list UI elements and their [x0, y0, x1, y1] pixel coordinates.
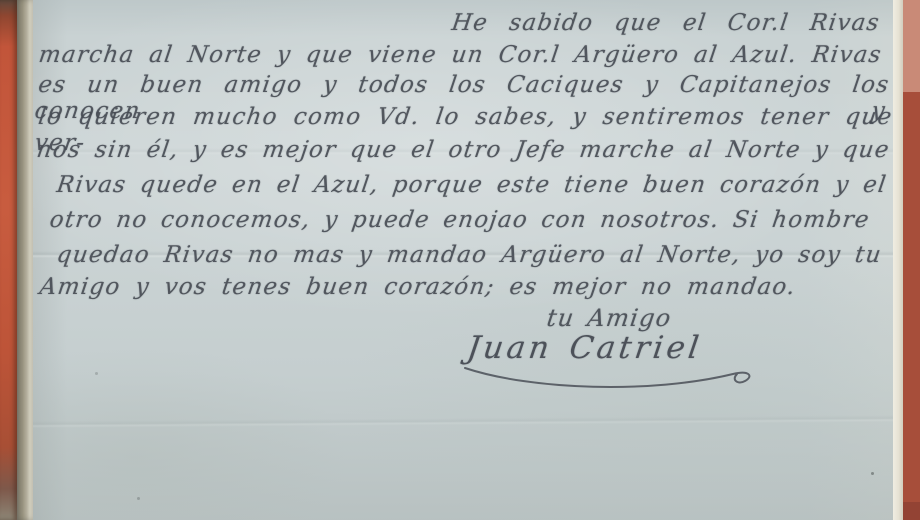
- mat-right-bottom: [903, 502, 920, 520]
- letter-line: Amigo y vos tenes buen corazón; es mejor…: [38, 274, 798, 300]
- letter-closing: tu Amigo: [545, 304, 674, 332]
- letter-line: marcha al Norte y que viene un Cor.l Arg…: [37, 42, 884, 68]
- paper-speck: [871, 472, 874, 475]
- mat-right: [903, 0, 920, 520]
- signature-flourish-icon: [461, 362, 761, 396]
- letter-line: He sabido que el Cor.l Rivas: [450, 10, 882, 36]
- letter-line: otro no conocemos, y puede enojao con no…: [48, 207, 872, 233]
- letter-paper: He sabido que el Cor.l Rivas marcha al N…: [33, 0, 893, 520]
- framed-letter-photo: He sabido que el Cor.l Rivas marcha al N…: [0, 0, 920, 520]
- frame-edge-left: [0, 0, 17, 520]
- fold-crease: [33, 415, 893, 428]
- letter-line: quedao Rivas no mas y mandao Argüero al …: [55, 242, 884, 268]
- frame-mat-gap-left: [17, 0, 33, 520]
- paper-speck: [137, 497, 140, 500]
- paper-edge-right: [893, 0, 903, 520]
- letter-line: nos sin él, y es mejor que el otro Jefe …: [35, 137, 892, 163]
- paper-speck: [95, 372, 98, 375]
- mat-right-top: [903, 0, 920, 92]
- signature: Juan Catriel: [465, 330, 704, 366]
- letter-line: Rivas quede en el Azul, porque este tien…: [55, 172, 889, 198]
